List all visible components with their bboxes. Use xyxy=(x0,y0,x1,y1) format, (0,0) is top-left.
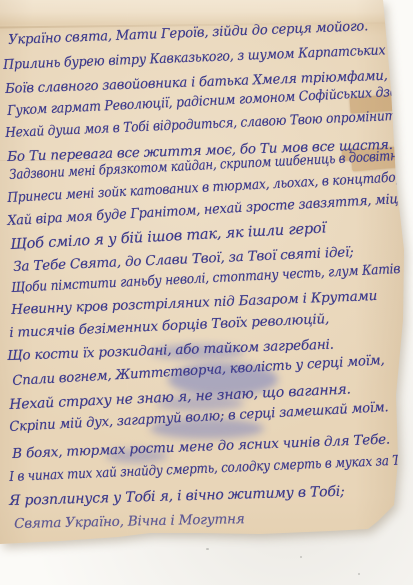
manuscript-line: Свята Україно, Вічна і Могутня xyxy=(14,512,245,532)
dust-speck xyxy=(206,548,209,550)
manuscript-text: Україно свята, Мати Героїв, зійди до сер… xyxy=(0,0,413,585)
manuscript-line: Україно свята, Мати Героїв, зійди до сер… xyxy=(8,19,368,48)
dust-speck xyxy=(358,573,360,575)
manuscript-line: Я розплинуся у Тобі я, і вічно житиму в … xyxy=(9,485,345,510)
manuscript-line: і тисячів безіменних борців Твоїх револю… xyxy=(9,312,329,341)
dust-speck xyxy=(300,556,302,558)
manuscript-page: Україно свята, Мати Героїв, зійди до сер… xyxy=(0,0,413,585)
paper-sheet: Україно свята, Мати Героїв, зійди до сер… xyxy=(0,0,413,585)
scan-background: Україно свята, Мати Героїв, зійди до сер… xyxy=(0,0,413,585)
